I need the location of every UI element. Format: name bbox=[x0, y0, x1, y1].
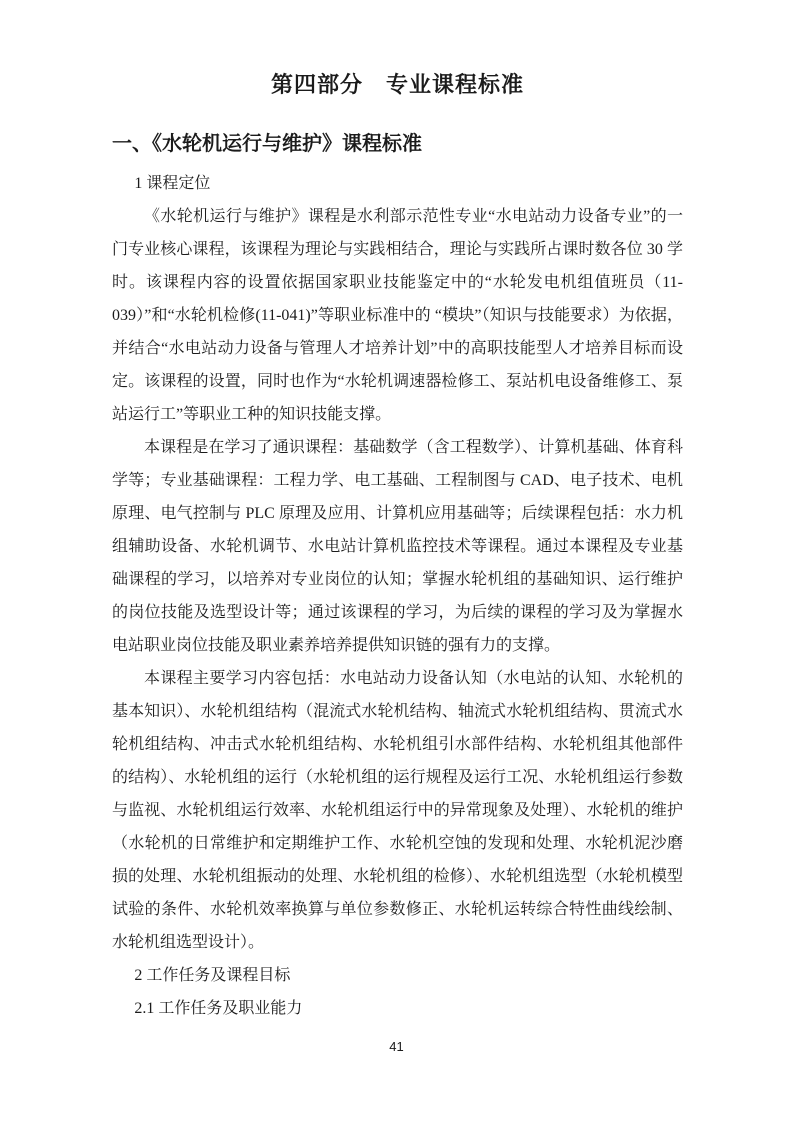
subheading-course-positioning: 1 课程定位 bbox=[112, 167, 683, 200]
subheading-work-tasks: 2 工作任务及课程目标 bbox=[112, 959, 683, 992]
subheading-work-tasks-ability: 2.1 工作任务及职业能力 bbox=[112, 992, 683, 1025]
body-paragraph: 本课程主要学习内容包括：水电站动力设备认知（水电站的认知、水轮机的基本知识）、水… bbox=[112, 662, 683, 959]
document-title: 第四部分 专业课程标准 bbox=[112, 72, 683, 98]
course-standard-heading: 一、《水轮机运行与维护》课程标准 bbox=[112, 131, 683, 157]
document-page: 第四部分 专业课程标准 一、《水轮机运行与维护》课程标准 1 课程定位 《水轮机… bbox=[0, 0, 793, 1122]
body-paragraph: 《水轮机运行与维护》课程是水利部示范性专业“水电站动力设备专业”的一门专业核心课… bbox=[112, 200, 683, 431]
page-number: 41 bbox=[0, 1039, 793, 1055]
page-content: 第四部分 专业课程标准 一、《水轮机运行与维护》课程标准 1 课程定位 《水轮机… bbox=[0, 72, 793, 1025]
body-paragraph: 本课程是在学习了通识课程：基础数学（含工程数学）、计算机基础、体育科学等；专业基… bbox=[112, 431, 683, 662]
